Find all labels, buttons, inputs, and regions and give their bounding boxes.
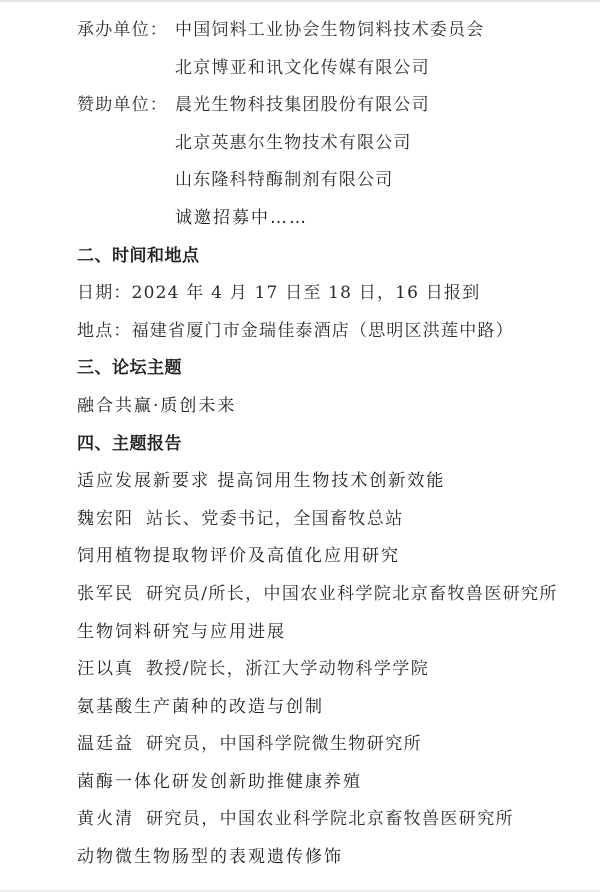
speaker-name: 温廷益 bbox=[77, 726, 134, 764]
speaker-affiliation: 站长、党委书记，全国畜牧总站 bbox=[146, 501, 404, 539]
report-speaker: 温廷益 研究员，中国科学院微生物研究所 bbox=[77, 726, 577, 764]
report-speaker: 黄火清 研究员，中国农业科学院北京畜牧兽医研究所 bbox=[77, 801, 577, 839]
sponsor-item: 晨光生物科技集团股份有限公司 bbox=[175, 87, 430, 125]
top-border bbox=[0, 0, 600, 2]
speaker-name: 魏宏阳 bbox=[77, 501, 134, 539]
report-title: 生物饲料研究与应用进展 bbox=[77, 614, 577, 652]
speaker-name: 黄火清 bbox=[77, 801, 134, 839]
organizer-item: 中国饲料工业协会生物饲料技术委员会 bbox=[175, 12, 484, 50]
speaker-affiliation: 研究员，中国科学院微生物研究所 bbox=[146, 726, 422, 764]
report-title: 饲用植物提取物评价及高值化应用研究 bbox=[77, 538, 577, 576]
organizers-row: 承办单位： 中国饲料工业协会生物饲料技术委员会 bbox=[77, 12, 577, 50]
report-title: 氨基酸生产菌种的改造与创制 bbox=[77, 689, 577, 727]
sponsor-item: 北京英惠尔生物技术有限公司 bbox=[77, 125, 577, 163]
report-speaker: 汪以真 教授/院长，浙江大学动物科学学院 bbox=[77, 651, 577, 689]
section-heading-reports: 四、主题报告 bbox=[77, 426, 577, 464]
speaker-name: 张军民 bbox=[77, 576, 134, 614]
organizers-label: 承办单位： bbox=[77, 12, 175, 50]
report-title: 适应发展新要求 提高饲用生物技术创新效能 bbox=[77, 463, 577, 501]
sponsors-row: 赞助单位： 晨光生物科技集团股份有限公司 bbox=[77, 87, 577, 125]
section-heading-time-place: 二、时间和地点 bbox=[77, 238, 577, 276]
speaker-affiliation: 研究员，中国农业科学院北京畜牧兽医研究所 bbox=[146, 801, 514, 839]
event-date: 日期：2024 年 4 月 17 日至 18 日，16 日报到 bbox=[77, 275, 577, 313]
report-title: 动物微生物肠型的表观遗传修饰 bbox=[77, 839, 577, 877]
speaker-affiliation: 教授/院长，浙江大学动物科学学院 bbox=[146, 651, 429, 689]
report-speaker: 魏宏阳 站长、党委书记，全国畜牧总站 bbox=[77, 501, 577, 539]
forum-theme: 融合共赢·质创未来 bbox=[77, 388, 577, 426]
report-title: 菌酶一体化研发创新助推健康养殖 bbox=[77, 764, 577, 802]
report-speaker: 张军民 研究员/所长，中国农业科学院北京畜牧兽医研究所 bbox=[77, 576, 577, 614]
organizer-item: 北京博亚和讯文化传媒有限公司 bbox=[77, 50, 577, 88]
speaker-affiliation: 研究员/所长，中国农业科学院北京畜牧兽医研究所 bbox=[146, 576, 558, 614]
sponsors-label: 赞助单位： bbox=[77, 87, 175, 125]
speaker-name: 汪以真 bbox=[77, 651, 134, 689]
section-heading-theme: 三、论坛主题 bbox=[77, 350, 577, 388]
sponsor-recruiting: 诚邀招募中…… bbox=[77, 200, 577, 238]
document-page: 承办单位： 中国饲料工业协会生物饲料技术委员会 北京博亚和讯文化传媒有限公司 赞… bbox=[77, 12, 577, 877]
sponsor-item: 山东隆科特酶制剂有限公司 bbox=[77, 162, 577, 200]
event-location: 地点：福建省厦门市金瑞佳泰酒店（思明区洪莲中路） bbox=[77, 313, 577, 351]
